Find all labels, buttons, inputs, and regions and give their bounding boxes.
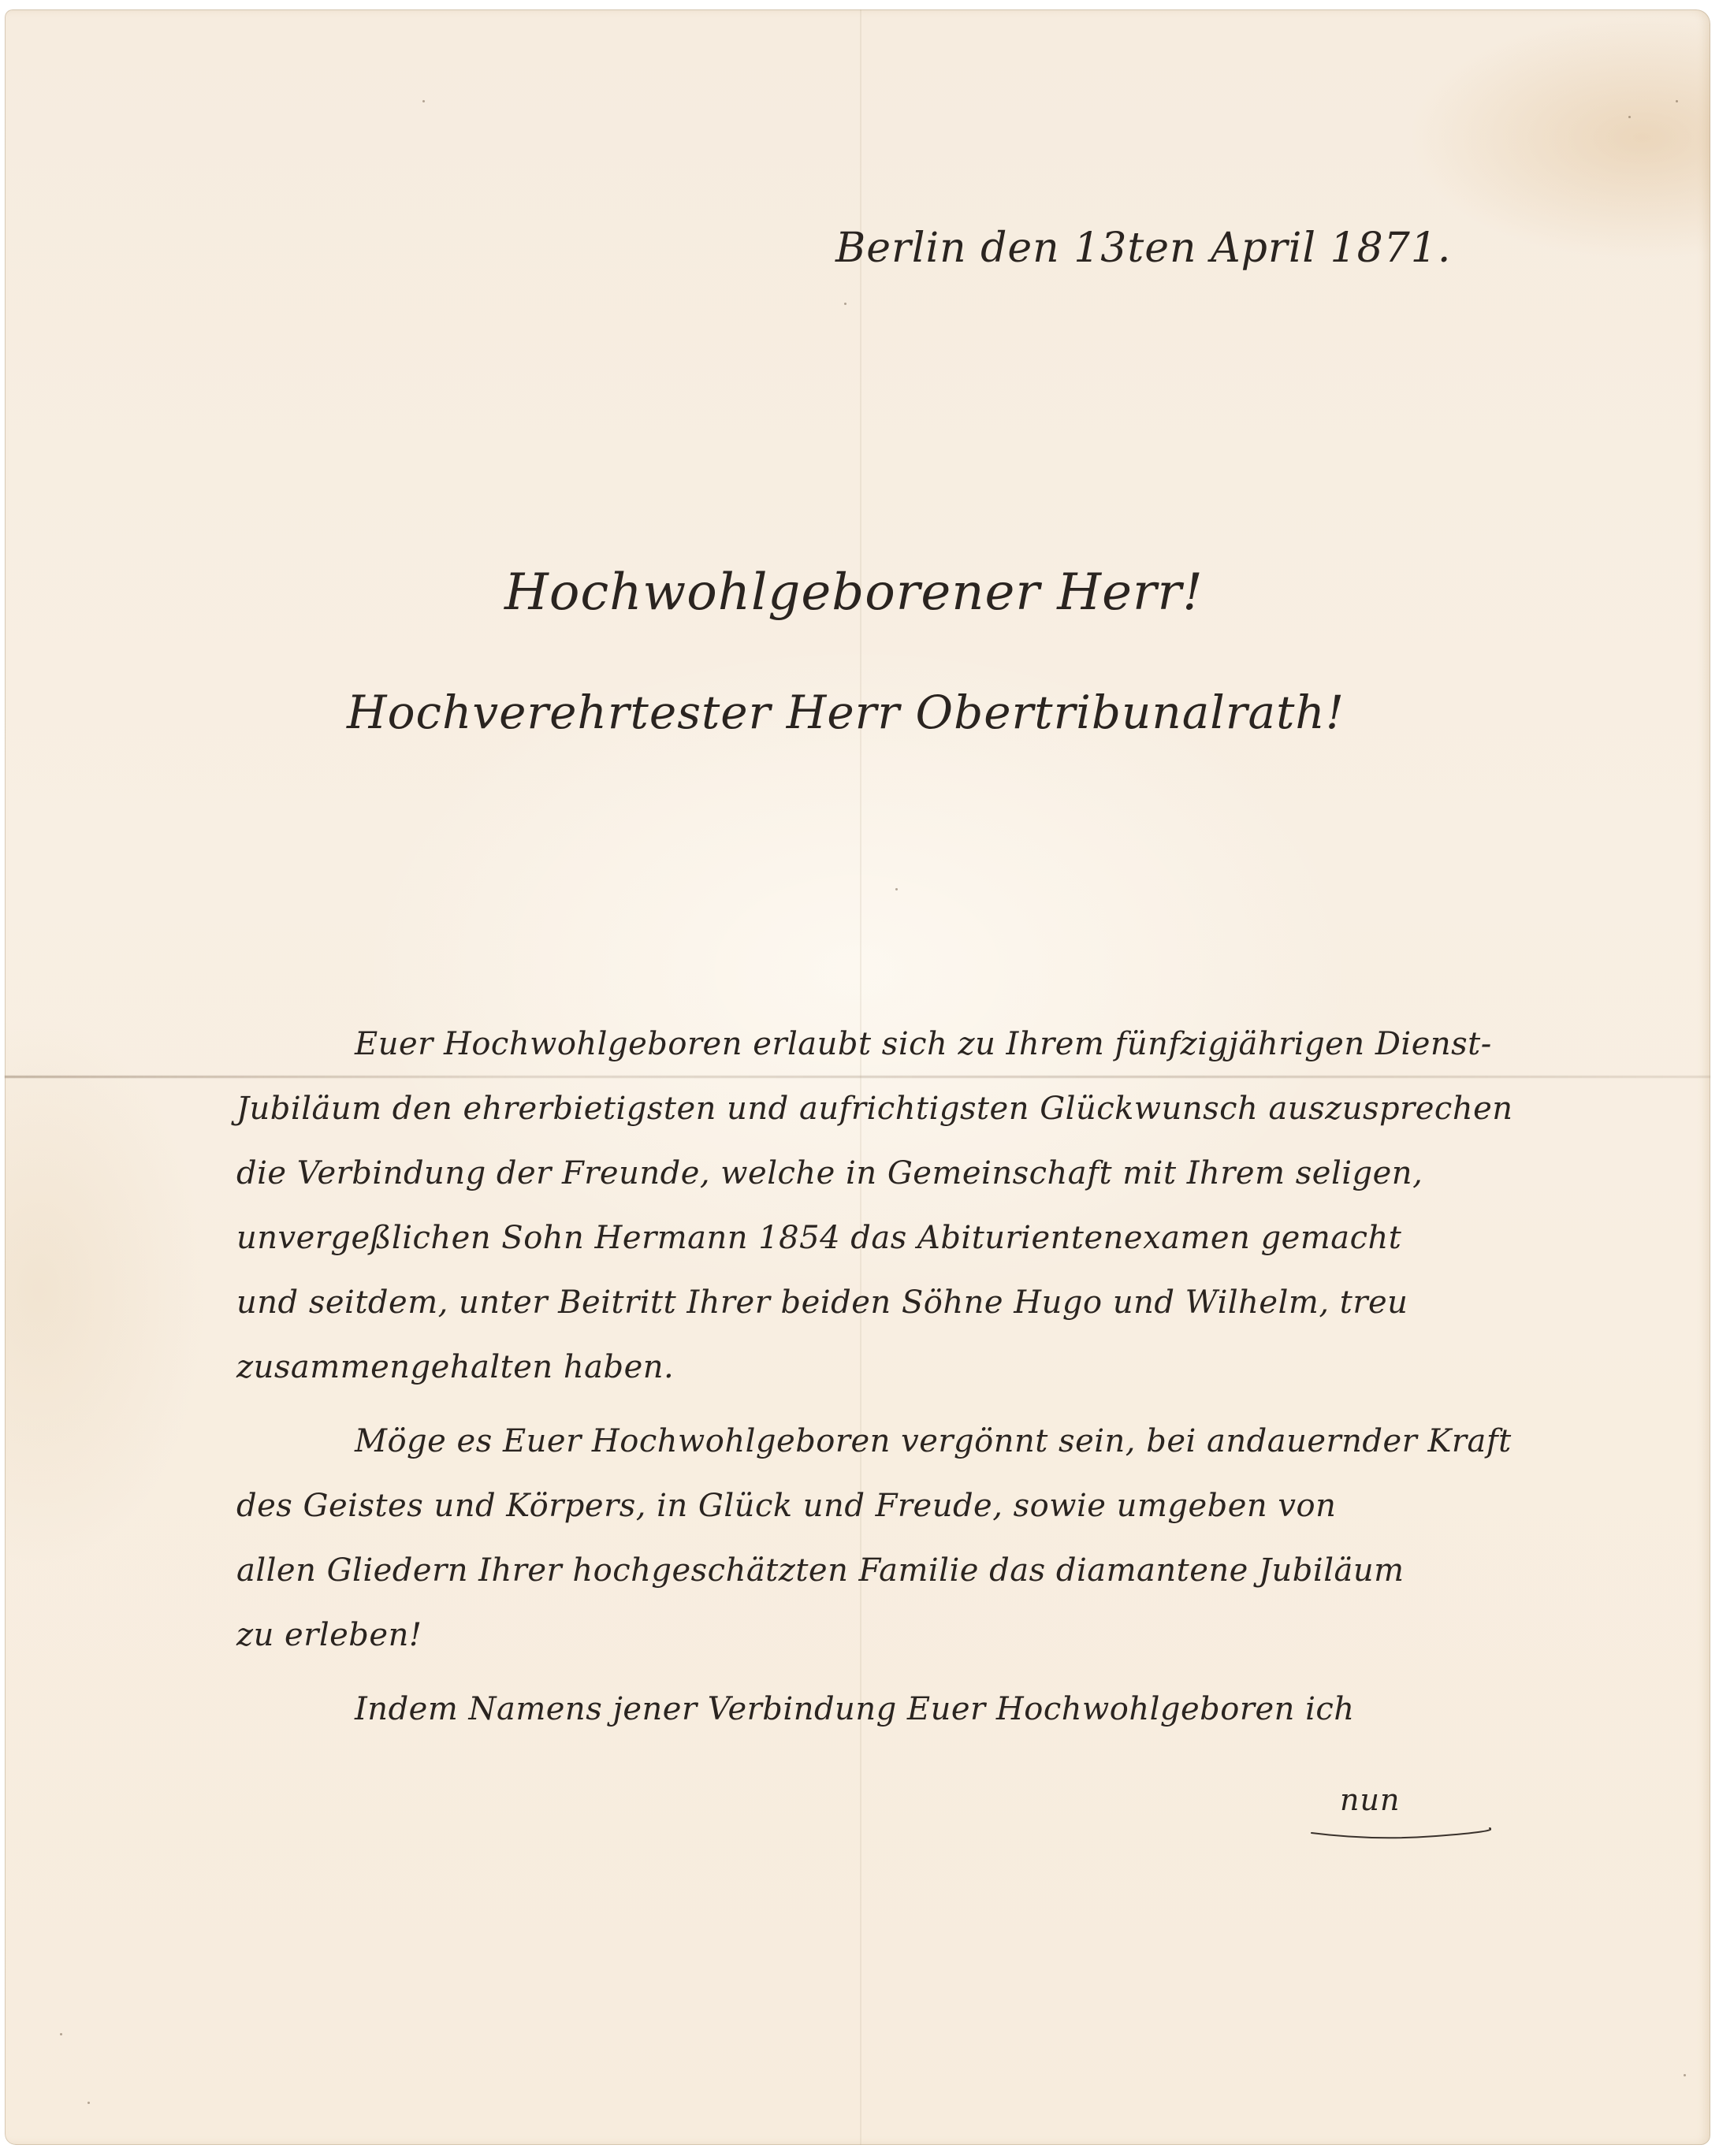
- body-line: des Geistes und Körpers, in Glück und Fr…: [236, 1482, 1687, 1547]
- paper-speck: [422, 100, 425, 102]
- catchword: nun: [1340, 1782, 1400, 1817]
- body-line: die Verbindung der Freunde, welche in Ge…: [236, 1150, 1687, 1214]
- body-line: Euer Hochwohlgeboren erlaubt sich zu Ihr…: [236, 1020, 1687, 1085]
- body-line: zusammengehalten haben.: [236, 1344, 1687, 1418]
- flourish-underline: [1310, 1827, 1491, 1842]
- paper-speck: [60, 2033, 62, 2035]
- letter-body: Euer Hochwohlgeboren erlaubt sich zu Ihr…: [236, 1020, 1687, 1750]
- body-line: allen Gliedern Ihrer hochgeschätzten Fam…: [236, 1547, 1687, 1611]
- body-line: und seitdem, unter Beitritt Ihrer beiden…: [236, 1279, 1687, 1344]
- body-line: Möge es Euer Hochwohlgeboren vergönnt se…: [236, 1418, 1687, 1482]
- paper-speck: [1684, 2074, 1686, 2076]
- body-line: Indem Namens jener Verbindung Euer Hochw…: [236, 1686, 1687, 1750]
- body-line: zu erleben!: [236, 1611, 1687, 1686]
- paper-speck: [844, 303, 846, 305]
- salutation-line-1: Hochwohlgeborener Herr!: [504, 563, 1204, 622]
- paper-speck: [87, 2102, 90, 2104]
- body-line: unvergeßlichen Sohn Hermann 1854 das Abi…: [236, 1214, 1687, 1279]
- paper-speck: [895, 888, 898, 890]
- salutation-line-2: Hochverehrtester Herr Obertribunalrath!: [347, 686, 1345, 739]
- paper-speck: [1628, 116, 1631, 118]
- body-line: Jubiläum den ehrerbietigsten und aufrich…: [236, 1085, 1687, 1150]
- paper-speck: [1676, 100, 1678, 102]
- letter-dateline: Berlin den 13ten April 1871.: [835, 225, 1451, 272]
